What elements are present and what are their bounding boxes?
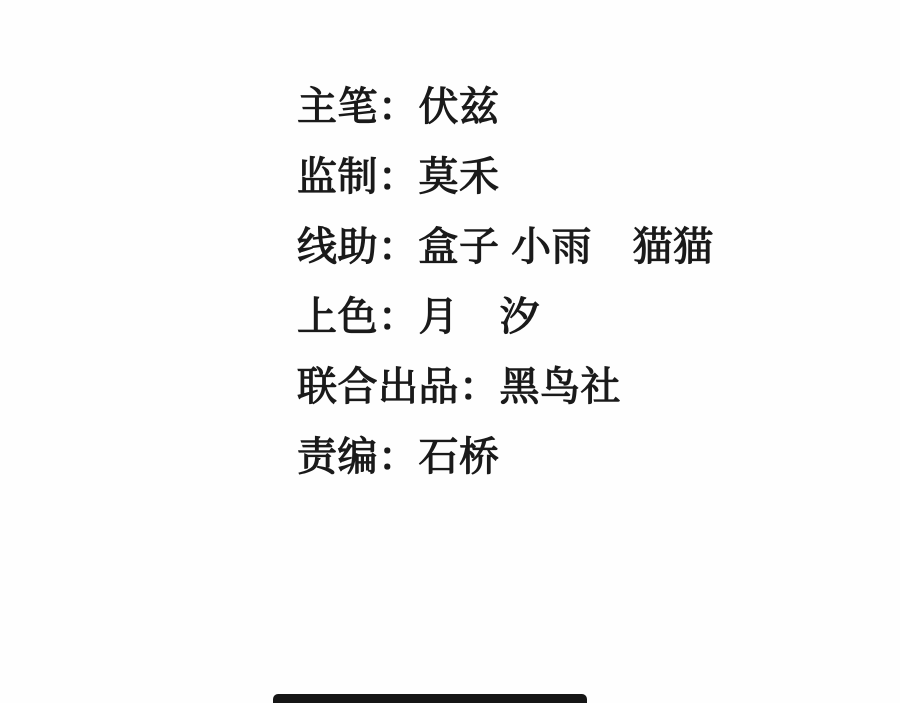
credit-line-editor: 责编：石桥 [297,422,714,492]
credit-line-joint-production: 联合出品：黑鸟社 [297,352,714,422]
credit-line-main-artist: 主笔：伏兹 [297,72,714,142]
next-panel-top-edge [273,694,587,703]
credits-block: 主笔：伏兹 监制：莫禾 线助：盒子 小雨 猫猫 上色：月 汐 联合出品：黑鸟社 … [297,72,714,492]
credit-line-line-assistants: 线助：盒子 小雨 猫猫 [297,212,714,282]
credits-page: 主笔：伏兹 监制：莫禾 线助：盒子 小雨 猫猫 上色：月 汐 联合出品：黑鸟社 … [0,0,900,703]
credit-line-supervisor: 监制：莫禾 [297,142,714,212]
credit-line-colorists: 上色：月 汐 [297,282,714,352]
